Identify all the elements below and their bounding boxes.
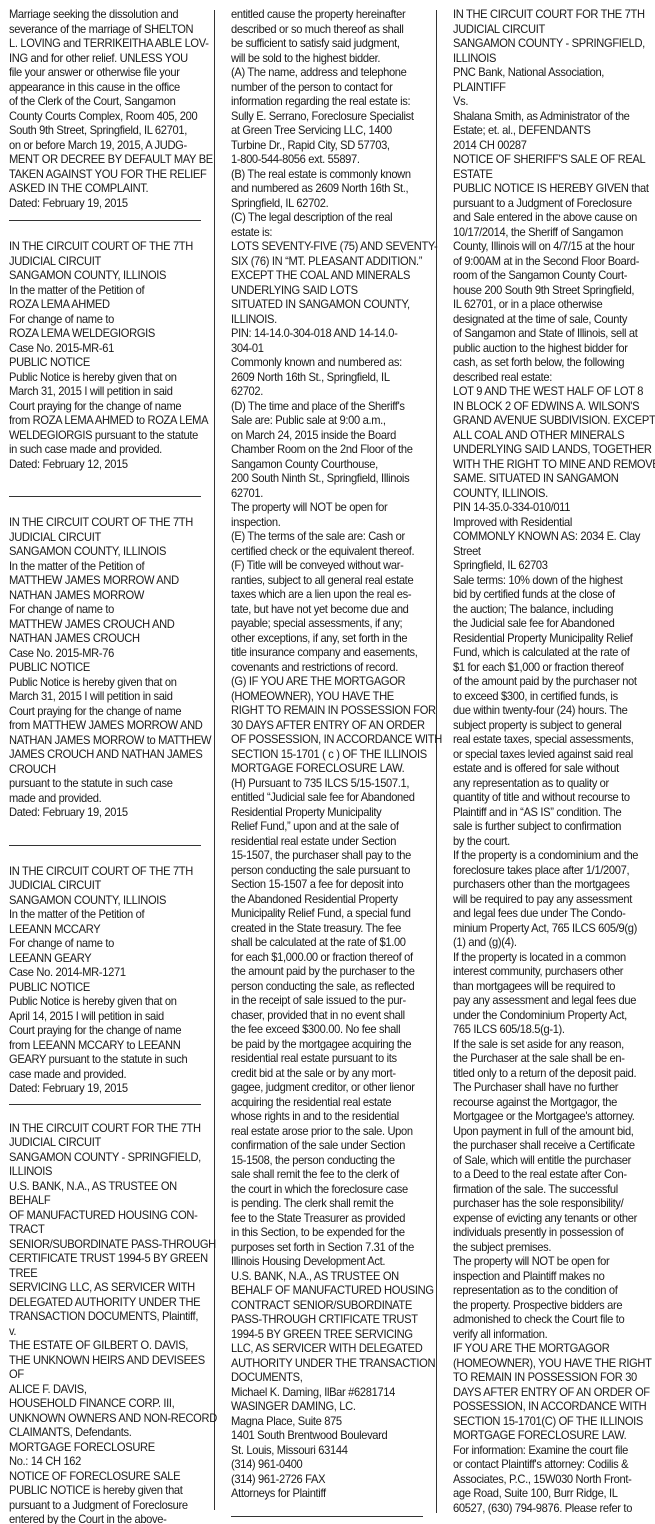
notice-text-line: CROUCH	[9, 763, 199, 778]
notice-text-line: SANGAMON COUNTY - SPRINGFIELD,	[453, 37, 648, 52]
notice-text-line: $1 for each $1,000 or fraction thereof	[453, 661, 648, 676]
legal-notice: Marriage seeking the dissolution andseve…	[9, 8, 199, 211]
notice-text-line: JUDICIAL CIRCUIT	[9, 1136, 199, 1151]
legal-notice: IN THE CIRCUIT COURT FOR THE 7THJUDICIAL…	[9, 1122, 199, 1524]
notice-text-line: Section 15-1507 a fee for deposit into	[231, 878, 421, 893]
notice-text-line: Attorneys for Plaintiff	[231, 1487, 421, 1502]
notice-text-line: at Green Tree Servicing LLC, 1400	[231, 124, 421, 139]
notice-text-line: For information: Examine the court file	[453, 1444, 648, 1459]
notice-text-line: OF POSSESSION, IN ACCORDANCE WITH	[231, 733, 421, 748]
notice-text-line: SANGAMON COUNTY, ILLINOIS	[9, 894, 199, 909]
legal-notices-page: Marriage seeking the dissolution andseve…	[0, 0, 655, 1524]
notice-text-line: (HOMEOWNER), YOU HAVE THE RIGHT	[453, 1357, 648, 1372]
notice-text-line: Sangamon County Courthouse,	[231, 458, 421, 473]
notice-text-line: UNKNOWN OWNERS AND NON-RECORD	[9, 1412, 199, 1427]
notice-text-line: Chamber Room on the 2nd Floor of the	[231, 443, 421, 458]
notice-text-line: LOT 9 AND THE WEST HALF OF LOT 8	[453, 385, 648, 400]
notice-text-line: of Sale, which will entitle the purchase…	[453, 1154, 648, 1169]
notice-text-line: For change of name to	[9, 937, 199, 952]
notice-text-line: SIX (76) IN “MT. PLEASANT ADDITION.”	[231, 255, 421, 270]
notice-text-line: U.S. BANK, N.A., AS TRUSTEE ON	[9, 1180, 199, 1195]
notice-text-line: Upon payment in full of the amount bid,	[453, 1125, 648, 1140]
notice-text-line: PIN: 14-14.0-304-018 AND 14-14.0-	[231, 327, 421, 342]
notice-text-line: MORTGAGE FORECLOSURE LAW.	[231, 762, 421, 777]
notice-text-line: real estate arose prior to the sale. Upo…	[231, 1125, 421, 1140]
notice-text-line: LEEANN GEARY	[9, 952, 199, 967]
notice-text-line: 10/17/2014, the Sheriff of Sangamon	[453, 226, 648, 241]
notice-text-line: SANGAMON COUNTY, ILLINOIS	[9, 269, 199, 284]
notice-text-line: case made and provided.	[9, 1068, 199, 1083]
notice-text-line: For change of name to	[9, 313, 199, 328]
notice-text-line: OF	[9, 1368, 199, 1383]
notice-text-line: titled only to a return of the deposit p…	[453, 1067, 648, 1082]
notice-text-line: L. LOVING and TERRIKEITHA ABLE LOV-	[9, 37, 199, 52]
notice-text-line: 60527, (630) 794-9876. Please refer to	[453, 1502, 648, 1517]
notice-text-line: pay any assessment and legal fees due	[453, 994, 648, 1009]
notice-text-line: OF MANUFACTURED HOUSING CON-	[9, 1209, 199, 1224]
notice-text-line: ALICE F. DAVIS,	[9, 1383, 199, 1398]
notice-text-line: 2014 CH 00287	[453, 139, 648, 154]
notice-text-line: be sufficient to satisfy said judgment,	[231, 37, 421, 52]
notice-text-line: 304-01	[231, 342, 421, 357]
notice-text-line: Court praying for the change of name	[9, 1024, 199, 1039]
notice-text-line: 15-1507, the purchaser shall pay to the	[231, 849, 421, 864]
notice-text-line: (E) The terms of the sale are: Cash or	[231, 530, 421, 545]
notice-text-line: 200 South Ninth St., Springfield, Illino…	[231, 472, 421, 487]
notice-text-line: April 14, 2015 I will petition in said	[9, 1010, 199, 1025]
notice-text-line: the amount paid by the purchaser to the	[231, 965, 421, 980]
notice-text-line: UNDERLYING SAID LOTS	[231, 284, 421, 299]
notice-text-line: and numbered as 2609 North 16th St.,	[231, 182, 421, 197]
notice-text-line: 62702.	[231, 385, 421, 400]
notice-text-line: Dated: February 12, 2015	[9, 458, 199, 473]
notice-text-line: confirmation of the sale under Section	[231, 1139, 421, 1154]
notice-text-line: Public Notice is hereby given that on	[9, 995, 199, 1010]
notice-text-line: Municipality Relief Fund, a special fund	[231, 907, 421, 922]
notice-text-line: SAME. SITUATED IN SANGAMON	[453, 472, 648, 487]
notice-text-line: for each $1,000.00 or fraction thereof o…	[231, 951, 421, 966]
notice-text-line: admonished to check the Court file to	[453, 1313, 648, 1328]
notice-text-line: 765 ILCS 605/18.5(g-1).	[453, 1023, 648, 1038]
notice-text-line: estate is:	[231, 226, 421, 241]
notice-text-line: and Sale entered in the above cause on	[453, 211, 648, 226]
notice-text-line: and legal fees due under The Condo-	[453, 907, 648, 922]
notice-text-line: Vs.	[453, 95, 648, 110]
notice-text-line: MATTHEW JAMES CROUCH AND	[9, 618, 199, 633]
notice-text-line: Sully E. Serrano, Foreclosure Specialist	[231, 110, 421, 125]
notice-text-line: the purchaser shall receive a Certificat…	[453, 1139, 648, 1154]
notice-text-line: whose rights in and to the residential	[231, 1110, 421, 1125]
notice-text-line: MENT OR DECREE BY DEFAULT MAY BE	[9, 153, 199, 168]
notice-text-line: BEHALF	[9, 1194, 199, 1209]
legal-notice: IN THE CIRCUIT COURT OF THE 7THJUDICIAL …	[9, 516, 199, 821]
notice-text-line: on or before March 19, 2015, A JUDG-	[9, 139, 199, 154]
notice-text-line: County Courts Complex, Room 405, 200	[9, 110, 199, 125]
notice-text-line: LOTS SEVENTY-FIVE (75) AND SEVENTY-	[231, 240, 421, 255]
notice-text-line: MATTHEW JAMES MORROW AND	[9, 574, 199, 589]
notice-text-line: acquiring the residential real estate	[231, 1096, 421, 1111]
notice-text-line: bid by certified funds at the close of	[453, 588, 648, 603]
notice-text-line: County, Illinois will on 4/7/15 at the h…	[453, 240, 648, 255]
notice-text-line: of Sangamon and State of Illinois, sell …	[453, 327, 648, 342]
notice-text-line: Public Notice is hereby given that on	[9, 371, 199, 386]
notice-text-line: 2609 North 16th St., Springfield, IL	[231, 371, 421, 386]
notice-text-line: SECTION 15-1701 ( c ) OF THE ILLINOIS	[231, 748, 421, 763]
notice-text-line: BEHALF OF MANUFACTURED HOUSING	[231, 1284, 421, 1299]
notice-text-line: For change of name to	[9, 603, 199, 618]
notice-text-line: entitled “Judicial sale fee for Abandone…	[231, 791, 421, 806]
notice-text-line: quantity of title and without recourse t…	[453, 791, 648, 806]
notice-text-line: TRACT	[9, 1223, 199, 1238]
notice-text-line: NATHAN JAMES MORROW	[9, 589, 199, 604]
notice-text-line: IF YOU ARE THE MORTGAGOR	[453, 1342, 648, 1357]
notice-text-line: If the property is a condominium and the	[453, 849, 648, 864]
notice-text-line: made and provided.	[9, 792, 199, 807]
notice-text-line: credit bid at the sale or by any mort-	[231, 1067, 421, 1082]
notice-text-line: to a Deed to the real estate after Con-	[453, 1168, 648, 1183]
notice-text-line: 1-800-544-8056 ext. 55897.	[231, 153, 421, 168]
notice-text-line: or contact Plaintiff's attorney: Codilis…	[453, 1458, 648, 1473]
notice-text-line: LLC, AS SERVICER WITH DELEGATED	[231, 1342, 421, 1357]
notice-text-line: file your answer or otherwise file your	[9, 66, 199, 81]
notice-text-line: house 200 South 9th Street Springfield,	[453, 284, 648, 299]
notice-text-line: South 9th Street, Springfield, IL 62701,	[9, 124, 199, 139]
legal-notice: IN THE CIRCUIT COURT OF THE 7THJUDICIAL …	[9, 865, 199, 1097]
notice-text-line: 1994-5 BY GREEN TREE SERVICING	[231, 1328, 421, 1343]
notice-text-line: gagee, judgment creditor, or other lieno…	[231, 1081, 421, 1096]
notice-text-line: Shalana Smith, as Administrator of the	[453, 110, 648, 125]
notice-text-line: The Purchaser shall have no further	[453, 1081, 648, 1096]
notice-text-line: cash, as set forth below, the following	[453, 356, 648, 371]
notice-text-line: severance of the marriage of SHELTON	[9, 23, 199, 38]
notice-text-line: DOCUMENTS,	[231, 1371, 421, 1386]
notice-text-line: JAMES CROUCH AND NATHAN JAMES	[9, 748, 199, 763]
notice-text-line: pursuant to the statute in such case	[9, 777, 199, 792]
notice-text-line: (C) The legal description of the real	[231, 211, 421, 226]
notice-text-line: room of the Sangamon County Court-	[453, 269, 648, 284]
notice-text-line: created in the State treasury. The fee	[231, 922, 421, 937]
notice-text-line: pursuant to a Judgment of Foreclosure	[453, 197, 648, 212]
notice-text-line: ESTATE	[453, 168, 648, 183]
notice-text-line: ILLINOIS	[453, 52, 648, 67]
notice-text-line: HOUSEHOLD FINANCE CORP. III,	[9, 1397, 199, 1412]
notice-text-line: title insurance company and easements,	[231, 646, 421, 661]
notice-text-line: TRANSACTION DOCUMENTS, Plaintiff,	[9, 1310, 199, 1325]
notice-text-line: (1) and (g)(4).	[453, 936, 648, 951]
notice-text-line: DELEGATED AUTHORITY UNDER THE	[9, 1296, 199, 1311]
notice-text-line: WITH THE RIGHT TO MINE AND REMOVE	[453, 458, 648, 473]
notice-text-line: inspection.	[231, 516, 421, 531]
notice-text-line: certified check or the equivalent thereo…	[231, 545, 421, 560]
notice-text-line: Residential Property Municipality	[231, 806, 421, 821]
notice-text-line: CONTRACT SENIOR/SUBORDINATE	[231, 1299, 421, 1314]
notice-text-line: PASS-THROUGH CRTIFICATE TRUST	[231, 1313, 421, 1328]
notice-text-line: than mortgagees will be required to	[453, 980, 648, 995]
notice-text-line: CLAIMANTS, Defendants.	[9, 1426, 199, 1441]
notice-text-line: (314) 961-0400	[231, 1458, 421, 1473]
notice-text-line: THE UNKNOWN HEIRS AND DEVISEES	[9, 1354, 199, 1369]
notice-text-line: to exceed $300, in certified funds, is	[453, 690, 648, 705]
notice-text-line: (A) The name, address and telephone	[231, 66, 421, 81]
notice-text-line: representation as to the condition of	[453, 1284, 648, 1299]
notice-text-line: SANGAMON COUNTY - SPRINGFIELD,	[9, 1151, 199, 1166]
notice-text-line: tate, but have not yet become due and	[231, 603, 421, 618]
notice-text-line: ASKED IN THE COMPLAINT.	[9, 182, 199, 197]
notice-text-line: sale is further subject to confirmation	[453, 820, 648, 835]
notice-text-line: IN THE CIRCUIT COURT OF THE 7TH	[9, 516, 199, 531]
notice-text-line: of the amount paid by the purchaser not	[453, 675, 648, 690]
notice-text-line: purposes set forth in Section 7.31 of th…	[231, 1241, 421, 1256]
column-divider	[436, 10, 437, 1513]
notice-text-line: JUDICIAL CIRCUIT	[9, 879, 199, 894]
notice-text-line: due within twenty-four (24) hours. The	[453, 704, 648, 719]
notice-text-line: Dated: February 19, 2015	[9, 806, 199, 821]
legal-notice: IN THE CIRCUIT COURT OF THE 7THJUDICIAL …	[9, 240, 199, 472]
notice-text-line: v.	[9, 1325, 199, 1340]
notice-text-line: NATHAN JAMES CROUCH	[9, 632, 199, 647]
notice-text-line: Commonly known and numbered as:	[231, 356, 421, 371]
notice-text-line: The property will NOT be open for	[453, 1255, 648, 1270]
notice-text-line: in the receipt of sale issued to the pur…	[231, 994, 421, 1009]
notice-text-line: THE ESTATE OF GILBERT O. DAVIS,	[9, 1339, 199, 1354]
notice-text-line: In the matter of the Petition of	[9, 284, 199, 299]
notice-text-line: TO REMAIN IN POSSESSION FOR 30	[453, 1371, 648, 1386]
notice-text-line: described or so much thereof as shall	[231, 23, 421, 38]
notice-text-line: U.S. BANK, N.A., AS TRUSTEE ON	[231, 1270, 421, 1285]
notice-text-line: from MATTHEW JAMES MORROW AND	[9, 719, 199, 734]
notice-text-line: March 31, 2015 I will petition in said	[9, 690, 199, 705]
legal-notice: entitled cause the property hereinafterd…	[231, 8, 421, 1502]
notice-text-line: in this Section, to be expended for the	[231, 1226, 421, 1241]
notice-text-line: NATHAN JAMES MORROW to MATTHEW	[9, 734, 199, 749]
notice-text-line: In the matter of the Petition of	[9, 560, 199, 575]
notice-text-line: COMMONLY KNOWN AS: 2034 E. Clay	[453, 530, 648, 545]
notice-text-line: SITUATED IN SANGAMON COUNTY,	[231, 298, 421, 313]
notice-text-line: under the Condominium Property Act,	[453, 1009, 648, 1024]
notice-text-line: MORTGAGE FORECLOSURE LAW.	[453, 1429, 648, 1444]
notice-text-line: Springfield, IL 62703	[453, 559, 648, 574]
notice-text-line: Dated: February 19, 2015	[9, 197, 199, 212]
notice-text-line: SENIOR/SUBORDINATE PASS-THROUGH	[9, 1238, 199, 1253]
notice-text-line: Magna Place, Suite 875	[231, 1415, 421, 1430]
notice-text-line: WELDEGIORGIS pursuant to the statute	[9, 429, 199, 444]
column-2: entitled cause the property hereinafterd…	[231, 8, 421, 1517]
notice-text-line: 30 DAYS AFTER ENTRY OF AN ORDER	[231, 719, 421, 734]
notice-text-line: (F) Title will be conveyed without war-	[231, 559, 421, 574]
notice-text-line: UNDERLYING SAID LANDS, TOGETHER	[453, 443, 648, 458]
notice-text-line: NOTICE OF FORECLOSURE SALE	[9, 1470, 199, 1485]
notice-text-line: Turbine Dr., Rapid City, SD 57703,	[231, 139, 421, 154]
notice-text-line: If the sale is set aside for any reason,	[453, 1038, 648, 1053]
notice-text-line: will be sold to the highest bidder.	[231, 52, 421, 67]
notice-text-line: taxes which are a lien upon the real es-	[231, 588, 421, 603]
notice-text-line: estate and is offered for sale without	[453, 762, 648, 777]
notice-text-line: subject property is subject to general	[453, 719, 648, 734]
notice-text-line: If the property is located in a common	[453, 951, 648, 966]
notice-text-line: EXCEPT THE COAL AND MINERALS	[231, 269, 421, 284]
notice-text-line: chaser, provided that in no event shall	[231, 1009, 421, 1024]
notice-text-line: residential real estate pursuant to its	[231, 1052, 421, 1067]
notice-text-line: shall be calculated at the rate of $1.00	[231, 936, 421, 951]
notice-text-line: SERVICING LLC, AS SERVICER WITH	[9, 1281, 199, 1296]
notice-separator	[231, 1516, 423, 1517]
notice-text-line: firmation of the sale. The successful	[453, 1183, 648, 1198]
notice-text-line: (H) Pursuant to 735 ILCS 5/15-1507.1,	[231, 777, 421, 792]
notice-text-line: public auction to the highest bidder for	[453, 342, 648, 357]
notice-text-line: the fee exceed $300.00. No fee shall	[231, 1023, 421, 1038]
notice-text-line: on March 24, 2015 inside the Board	[231, 429, 421, 444]
notice-text-line: pursuant to a Judgment of Foreclosure	[9, 1499, 199, 1514]
notice-text-line: 15-1508, the person conducting the	[231, 1154, 421, 1169]
notice-separator	[9, 496, 201, 497]
notice-text-line: ILLINOIS	[9, 1165, 199, 1180]
notice-text-line: described real estate:	[453, 371, 648, 386]
notice-text-line: PIN 14-35.0-334-010/011	[453, 501, 648, 516]
notice-text-line: Illinois Housing Development Act.	[231, 1255, 421, 1270]
notice-text-line: IN THE CIRCUIT COURT FOR THE 7TH	[453, 8, 648, 23]
notice-text-line: JUDICIAL CIRCUIT	[9, 255, 199, 270]
notice-text-line: ranties, subject to all general real est…	[231, 574, 421, 589]
notice-text-line: expense of evicting any tenants or other	[453, 1212, 648, 1227]
notice-text-line: WASINGER DAMING, LC.	[231, 1400, 421, 1415]
notice-text-line: interest community, purchasers other	[453, 965, 648, 980]
notice-text-line: Springfield, IL 62702.	[231, 197, 421, 212]
notice-text-line: Mortgagee or the Mortgagee's attorney.	[453, 1110, 648, 1125]
notice-text-line: Court praying for the change of name	[9, 400, 199, 415]
notice-text-line: Case No. 2015-MR-61	[9, 342, 199, 357]
notice-text-line: purchaser has the sole responsibility/	[453, 1197, 648, 1212]
notice-text-line: the court in which the foreclosure case	[231, 1183, 421, 1198]
notice-text-line: recourse against the Mortgagor, the	[453, 1096, 648, 1111]
notice-text-line: will be required to pay any assessment	[453, 893, 648, 908]
notice-text-line: No.: 14 CH 162	[9, 1455, 199, 1470]
notice-text-line: sale shall remit the fee to the clerk of	[231, 1168, 421, 1183]
notice-text-line: entitled cause the property hereinafter	[231, 8, 421, 23]
notice-text-line: the Judicial sale fee for Abandoned	[453, 617, 648, 632]
notice-text-line: GRAND AVENUE SUBDIVISION. EXCEPT	[453, 414, 648, 429]
notice-text-line: Street	[453, 545, 648, 560]
notice-text-line: (G) IF YOU ARE THE MORTGAGOR	[231, 675, 421, 690]
notice-text-line: Court praying for the change of name	[9, 705, 199, 720]
notice-text-line: any representation as to quality or	[453, 777, 648, 792]
notice-text-line: Residential Property Municipality Relief	[453, 632, 648, 647]
notice-text-line: St. Louis, Missouri 63144	[231, 1444, 421, 1459]
notice-text-line: designated at the time of sale, County	[453, 313, 648, 328]
notice-text-line: TAKEN AGAINST YOU FOR THE RELIEF	[9, 168, 199, 183]
notice-text-line: covenants and restrictions of record.	[231, 661, 421, 676]
notice-text-line: Relief Fund,” upon and at the sale of	[231, 820, 421, 835]
notice-text-line: the subject premises.	[453, 1241, 648, 1256]
column-divider	[214, 10, 215, 1510]
notice-text-line: Plaintiff and in “AS IS” condition. The	[453, 806, 648, 821]
notice-text-line: age Road, Suite 100, Burr Ridge, IL	[453, 1487, 648, 1502]
notice-text-line: of the Clerk of the Court, Sangamon	[9, 95, 199, 110]
notice-text-line: PLAINTIFF	[453, 81, 648, 96]
notice-text-line: from LEEANN MCCARY to LEEANN	[9, 1039, 199, 1054]
notice-separator	[9, 1104, 201, 1105]
notice-text-line: Marriage seeking the dissolution and	[9, 8, 199, 23]
notice-text-line: SANGAMON COUNTY, ILLINOIS	[9, 545, 199, 560]
notice-text-line: PUBLIC NOTICE	[9, 981, 199, 996]
notice-text-line: from ROZA LEMA AHMED to ROZA LEMA	[9, 414, 199, 429]
notice-text-line: SECTION 15-1701(C) OF THE ILLINOIS	[453, 1415, 648, 1430]
notice-text-line: Improved with Residential	[453, 516, 648, 531]
notice-text-line: (314) 961-2726 FAX	[231, 1473, 421, 1488]
notice-text-line: Sale terms: 10% down of the highest	[453, 574, 648, 589]
notice-text-line: person conducting the sale pursuant to	[231, 864, 421, 879]
notice-text-line: individuals presently in possession of	[453, 1226, 648, 1241]
notice-text-line: the auction; The balance, including	[453, 603, 648, 618]
notice-text-line: ROZA LEMA WELDEGIORGIS	[9, 327, 199, 342]
notice-text-line: Michael K. Daming, IlBar #6281714	[231, 1386, 421, 1401]
notice-text-line: (D) The time and place of the Sheriff's	[231, 400, 421, 415]
notice-text-line: PUBLIC NOTICE	[9, 356, 199, 371]
notice-text-line: TREE	[9, 1267, 199, 1282]
notice-text-line: In the matter of the Petition of	[9, 908, 199, 923]
notice-text-line: NOTICE OF SHERIFF'S SALE OF REAL	[453, 153, 648, 168]
notice-text-line: 62701.	[231, 487, 421, 502]
notice-text-line: information regarding the real estate is…	[231, 95, 421, 110]
legal-notice: IN THE CIRCUIT COURT FOR THE 7THJUDICIAL…	[453, 8, 648, 1516]
notice-text-line: JUDICIAL CIRCUIT	[9, 531, 199, 546]
notice-text-line: PUBLIC NOTICE	[9, 661, 199, 676]
notice-text-line: or special taxes levied against said rea…	[453, 748, 648, 763]
notice-text-line: be paid by the mortgagee acquiring the	[231, 1038, 421, 1053]
notice-text-line: PNC Bank, National Association,	[453, 66, 648, 81]
notice-text-line: Estate; et. al., DEFENDANTS	[453, 124, 648, 139]
notice-text-line: 1401 South Brentwood Boulevard	[231, 1429, 421, 1444]
notice-text-line: Sale are: Public sale at 9:00 a.m.,	[231, 414, 421, 429]
notice-text-line: IN THE CIRCUIT COURT OF THE 7TH	[9, 240, 199, 255]
notice-text-line: AUTHORITY UNDER THE TRANSACTION	[231, 1357, 421, 1372]
notice-text-line: the Purchaser at the sale shall be en-	[453, 1052, 648, 1067]
notice-text-line: Public Notice is hereby given that on	[9, 676, 199, 691]
notice-text-line: Dated: February 19, 2015	[9, 1082, 199, 1097]
column-3: IN THE CIRCUIT COURT FOR THE 7THJUDICIAL…	[453, 8, 648, 1516]
notice-text-line: The property will NOT be open for	[231, 501, 421, 516]
notice-text-line: payable; special assessments, if any;	[231, 617, 421, 632]
notice-text-line: IN THE CIRCUIT COURT OF THE 7TH	[9, 865, 199, 880]
notice-text-line: real estate taxes, special assessments,	[453, 733, 648, 748]
notice-text-line: entered by the Court in the above-	[9, 1513, 199, 1524]
notice-separator	[9, 845, 201, 846]
column-1: Marriage seeking the dissolution andseve…	[9, 8, 199, 1524]
notice-text-line: the property. Prospective bidders are	[453, 1299, 648, 1314]
notice-text-line: IN BLOCK 2 OF EDWINS A. WILSON'S	[453, 400, 648, 415]
notice-text-line: inspection and Plaintiff makes no	[453, 1270, 648, 1285]
notice-text-line: other exceptions, if any, set forth in t…	[231, 632, 421, 647]
notice-text-line: Associates, P.C., 15W030 North Front-	[453, 1473, 648, 1488]
notice-text-line: (B) The real estate is commonly known	[231, 168, 421, 183]
notice-text-line: (HOMEOWNER), YOU HAVE THE	[231, 690, 421, 705]
notice-text-line: DAYS AFTER ENTRY OF AN ORDER OF	[453, 1386, 648, 1401]
notice-text-line: by the court.	[453, 835, 648, 850]
notice-text-line: verify all information.	[453, 1328, 648, 1343]
notice-text-line: LEEANN MCCARY	[9, 923, 199, 938]
notice-text-line: ROZA LEMA AHMED	[9, 298, 199, 313]
notice-text-line: JUDICIAL CIRCUIT	[453, 23, 648, 38]
notice-text-line: March 31, 2015 I will petition in said	[9, 385, 199, 400]
notice-text-line: POSSESSION, IN ACCORDANCE WITH	[453, 1400, 648, 1415]
notice-text-line: the Abandoned Residential Property	[231, 893, 421, 908]
notice-text-line: Fund, which is calculated at the rate of	[453, 646, 648, 661]
notice-text-line: COUNTY, ILLINOIS.	[453, 487, 648, 502]
notice-text-line: purchasers other than the mortgagees	[453, 878, 648, 893]
notice-text-line: fee to the State Treasurer as provided	[231, 1212, 421, 1227]
notice-text-line: in such case made and provided.	[9, 443, 199, 458]
notice-text-line: GEARY pursuant to the statute in such	[9, 1053, 199, 1068]
notice-text-line: Case No. 2014-MR-1271	[9, 966, 199, 981]
